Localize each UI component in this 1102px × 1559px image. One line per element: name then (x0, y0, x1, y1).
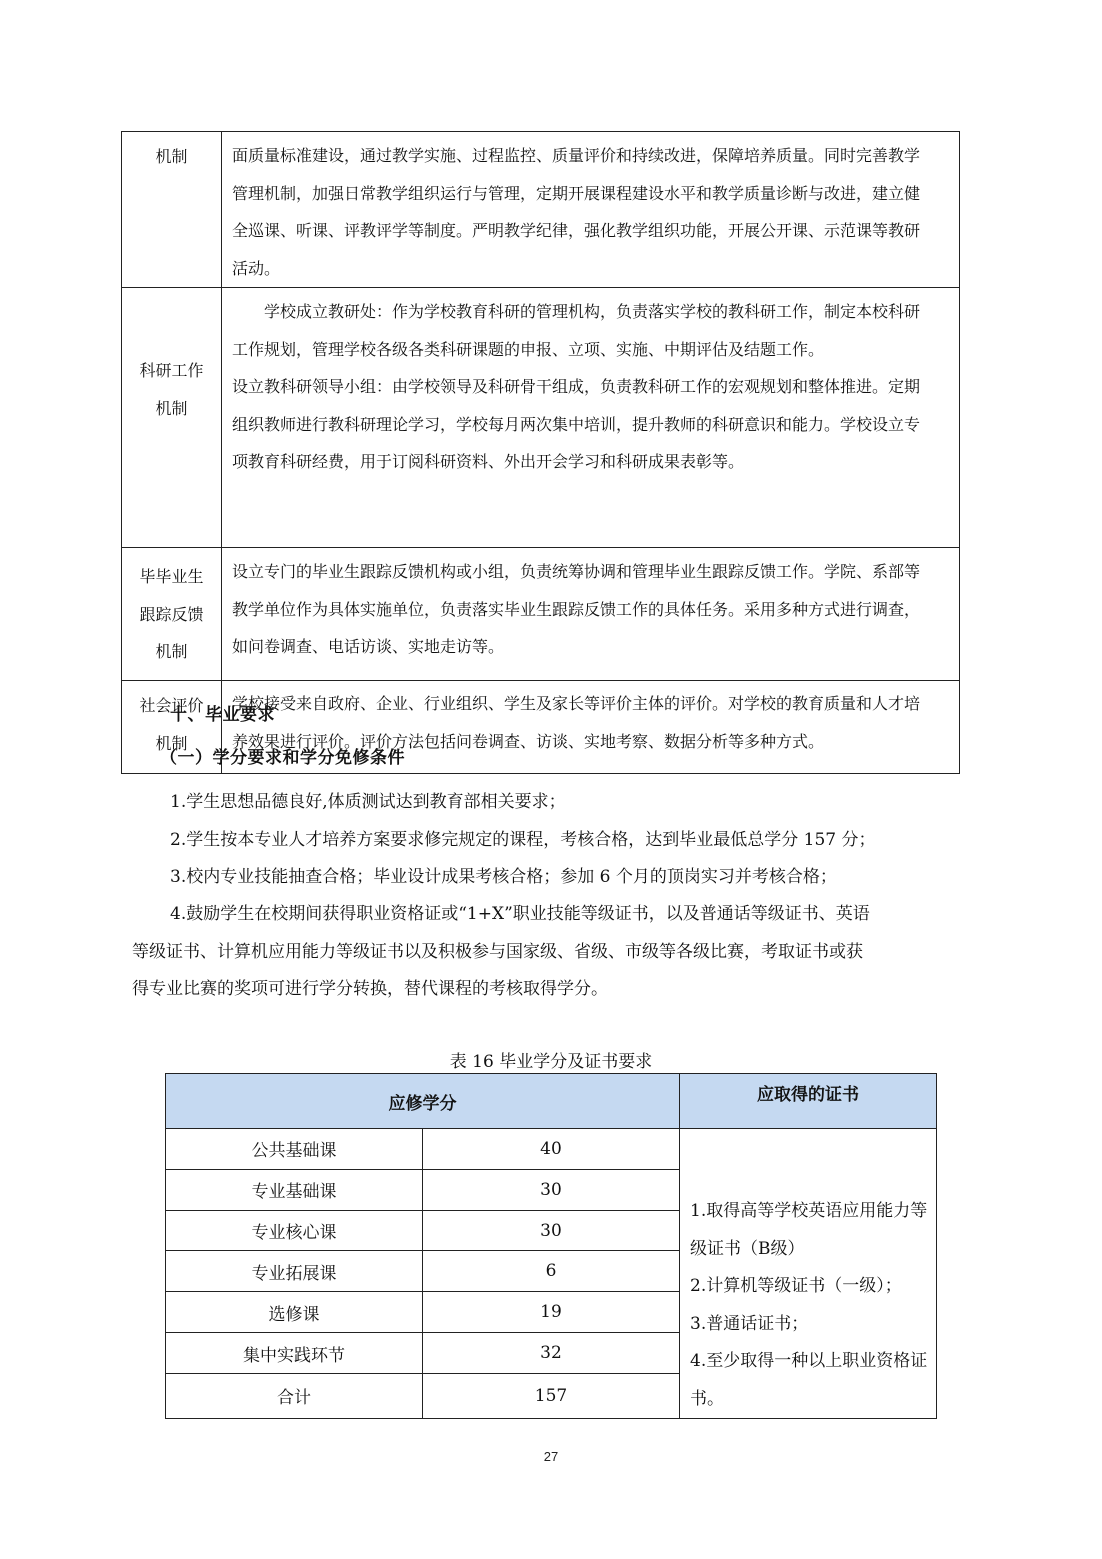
header-credits: 应修学分 (166, 1074, 680, 1129)
table-header-row: 应修学分 应取得的证书 (166, 1074, 937, 1129)
header-certificates: 应取得的证书 (680, 1074, 937, 1129)
certificate-item: 3.普通话证书； (690, 1306, 936, 1344)
table-row: 公共基础课 40 1.取得高等学校英语应用能力等级证书（B级） 2.计算机等级证… (166, 1129, 937, 1170)
row-content: 学校成立教研处：作为学校教育科研的管理机构，负责落实学校的教科研工作，制定本校科… (222, 288, 960, 548)
row-content: 设立专门的毕业生跟踪反馈机构或小组，负责统筹协调和管理毕业生跟踪反馈工作。学院、… (222, 548, 960, 681)
requirement-item-3: 3.校内专业技能抽查合格；毕业设计成果考核合格；参加 6 个月的顶岗实习并考核合… (132, 859, 972, 897)
row-label: 毕毕业生 跟踪反馈 机制 (122, 548, 222, 681)
document-page: 机制 面质量标准建设，通过教学实施、过程监控、质量评价和持续改进，保障培养质量。… (0, 0, 1102, 1559)
table-row: 科研工作 机制 学校成立教研处：作为学校教育科研的管理机构，负责落实学校的教科研… (122, 288, 960, 548)
certificate-item: 1.取得高等学校英语应用能力等级证书（B级） (690, 1193, 936, 1268)
table-row: 机制 面质量标准建设，通过教学实施、过程监控、质量评价和持续改进，保障培养质量。… (122, 132, 960, 288)
row-label: 机制 (122, 132, 222, 288)
mechanism-table: 机制 面质量标准建设，通过教学实施、过程监控、质量评价和持续改进，保障培养质量。… (121, 131, 960, 774)
table-row: 毕毕业生 跟踪反馈 机制 设立专门的毕业生跟踪反馈机构或小组，负责统筹协调和管理… (122, 548, 960, 681)
row-label: 科研工作 机制 (122, 288, 222, 548)
table-caption: 表 16 毕业学分及证书要求 (0, 1047, 1102, 1072)
requirement-item-2: 2.学生按本专业人才培养方案要求修完规定的课程，考核合格，达到毕业最低总学分 1… (132, 822, 972, 860)
requirement-item-4: 4.鼓励学生在校期间获得职业资格证或“1+X”职业技能等级证书，以及普通话等级证… (132, 896, 972, 1009)
credit-table: 应修学分 应取得的证书 公共基础课 40 1.取得高等学校英语应用能力等级证书（… (165, 1073, 937, 1419)
section-heading: 十、毕业要求 (170, 700, 275, 725)
subsection-heading: （一）学分要求和学分免修条件 (160, 743, 405, 768)
page-number: 27 (0, 1449, 1102, 1464)
row-content: 面质量标准建设，通过教学实施、过程监控、质量评价和持续改进，保障培养质量。同时完… (222, 132, 960, 288)
requirement-item-1: 1.学生思想品德良好,体质测试达到教育部相关要求； (132, 784, 972, 822)
certificates-cell: 1.取得高等学校英语应用能力等级证书（B级） 2.计算机等级证书（一级）； 3.… (680, 1129, 937, 1419)
certificate-item: 2.计算机等级证书（一级）； (690, 1268, 936, 1306)
certificate-item: 4.至少取得一种以上职业资格证书。 (690, 1343, 936, 1418)
